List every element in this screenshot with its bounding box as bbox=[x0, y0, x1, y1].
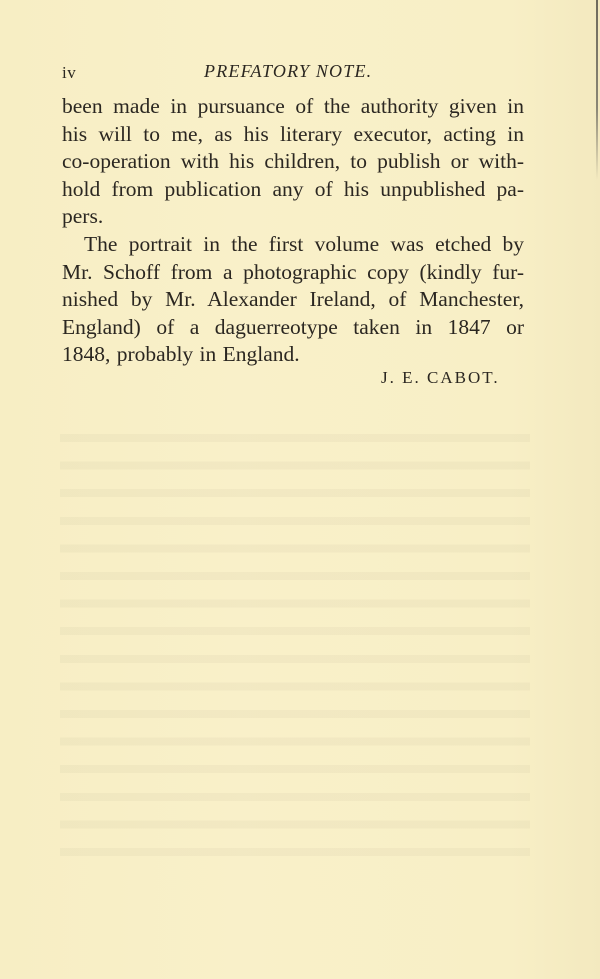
paragraph-2: The portrait in the first volume was etc… bbox=[62, 231, 524, 369]
running-head-title: PREFATORY NOTE. bbox=[204, 61, 372, 82]
text-line: hold from publication any of his unpubli… bbox=[62, 176, 524, 204]
running-head: iv PREFATORY NOTE. bbox=[62, 61, 524, 83]
text-line: 1848, probably in England. bbox=[62, 341, 524, 369]
bleed-through-texture bbox=[60, 420, 530, 870]
text-line: his will to me, as his literary executor… bbox=[62, 121, 524, 149]
text-line: The portrait in the first volume was etc… bbox=[62, 231, 524, 259]
paragraph-1: been made in pursuance of the authority … bbox=[62, 93, 524, 231]
page-edge-shadow bbox=[596, 0, 598, 180]
body-text: been made in pursuance of the authority … bbox=[62, 93, 524, 369]
text-line: England) of a daguerreotype taken in 184… bbox=[62, 314, 524, 342]
text-line: Mr. Schoff from a photographic copy (kin… bbox=[62, 259, 524, 287]
page-number: iv bbox=[62, 63, 76, 83]
text-line: nished by Mr. Alexander Ireland, of Manc… bbox=[62, 286, 524, 314]
text-line: co-operation with his children, to publi… bbox=[62, 148, 524, 176]
text-line: pers. bbox=[62, 203, 524, 231]
signature: J. E. CABOT. bbox=[381, 368, 500, 388]
book-page: iv PREFATORY NOTE. been made in pursuanc… bbox=[0, 0, 600, 979]
text-line: been made in pursuance of the authority … bbox=[62, 93, 524, 121]
